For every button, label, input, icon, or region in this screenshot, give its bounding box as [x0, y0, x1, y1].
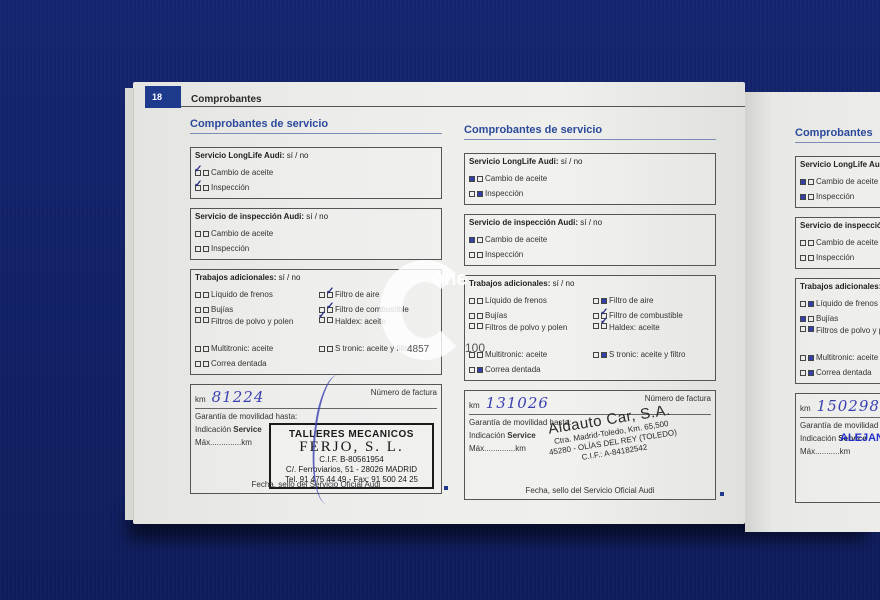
checkbox-yes[interactable] — [800, 255, 806, 261]
checkbox-no[interactable] — [477, 191, 483, 197]
check-item: Filtro de aire — [593, 293, 711, 308]
check-item: Correa dentada — [195, 356, 313, 371]
check-item: Inspección — [800, 250, 880, 265]
checkbox-no[interactable] — [477, 237, 483, 243]
check-item: Cambio de aceite — [800, 235, 880, 250]
end-marker — [444, 486, 448, 490]
checkbox-yes[interactable] — [469, 323, 475, 329]
checkbox-yes[interactable] — [319, 346, 325, 352]
checkbox-yes[interactable] — [800, 370, 806, 376]
check-item: Filtro de combustible — [319, 302, 437, 317]
checkbox-no[interactable] — [477, 176, 483, 182]
checkbox-yes[interactable] — [593, 298, 599, 304]
checkbox-yes[interactable] — [195, 361, 201, 367]
checkbox-no[interactable] — [808, 326, 814, 332]
page-header: Comprobantes — [191, 94, 262, 105]
checkbox-no[interactable] — [808, 370, 814, 376]
dealer-stamp: ALEJANDR N.I — [840, 432, 880, 456]
checkbox-yes[interactable] — [195, 292, 201, 298]
checkbox-yes[interactable] — [319, 317, 325, 323]
check-item: Líquido de frenos — [469, 293, 587, 308]
checkbox-yes[interactable] — [195, 231, 201, 237]
check-item: S tronic: aceite y filtro — [319, 341, 437, 356]
checkbox-no[interactable] — [477, 298, 483, 304]
checkbox-no[interactable] — [477, 323, 483, 329]
checkbox-no[interactable] — [327, 317, 333, 323]
checkbox-yes[interactable] — [195, 307, 201, 313]
checkbox-yes[interactable] — [469, 191, 475, 197]
longlife-box: Servicio LongLife Audi: sí / no Cambio d… — [464, 153, 716, 205]
check-item: Correa dentada — [469, 362, 587, 377]
checkbox-yes[interactable] — [800, 301, 806, 307]
checkbox-yes[interactable] — [195, 346, 201, 352]
check-item: Multitronic: aceite — [800, 350, 880, 365]
checkbox-yes[interactable] — [469, 313, 475, 319]
additional-work-box: Trabajos adicionales: sí / no Líquido de… — [190, 269, 442, 375]
service-booklet: 18 Comprobantes Comprobantes de servicio… — [125, 82, 880, 524]
checkbox-no[interactable] — [203, 231, 209, 237]
check-item: Cambio de aceite — [195, 226, 437, 241]
checkbox-yes[interactable] — [800, 355, 806, 361]
checkbox-yes[interactable] — [800, 194, 806, 200]
mileage-value: 150298 — [817, 397, 880, 415]
additional-work-box: Trabajos adicionales: Líquido de frenos … — [795, 278, 880, 384]
checkbox-no[interactable] — [477, 367, 483, 373]
checkbox-no[interactable] — [601, 323, 607, 329]
right-page-partial: Comprobantes Servicio LongLife Aud Cambi… — [745, 92, 880, 532]
check-item: Haldex: aceite — [593, 323, 711, 347]
check-item: Filtros de polvo y polen — [800, 326, 880, 350]
check-item: Multitronic: aceite — [195, 341, 313, 356]
checkbox-yes[interactable] — [469, 176, 475, 182]
header-divider — [181, 106, 745, 107]
check-item: S tronic: aceite y filtro — [593, 347, 711, 362]
check-item: Filtro de combustible — [593, 308, 711, 323]
mileage-value: 131026 — [486, 394, 549, 412]
checkbox-no[interactable] — [203, 317, 209, 323]
checkbox-no[interactable] — [203, 170, 209, 176]
checkbox-yes[interactable] — [469, 298, 475, 304]
inspection-box: Servicio de inspección Cambio de aceite … — [795, 217, 880, 269]
checkbox-yes[interactable] — [195, 170, 201, 176]
longlife-box: Servicio LongLife Aud Cambio de aceite I… — [795, 156, 880, 208]
checkbox-no[interactable] — [601, 298, 607, 304]
section-title: Comprobantes de servicio — [464, 124, 716, 140]
checkbox-no[interactable] — [203, 307, 209, 313]
check-item: Inspección — [195, 241, 437, 256]
check-item: Cambio de aceite — [469, 171, 711, 186]
checkbox-yes[interactable] — [800, 179, 806, 185]
mileage-stamp-box: km81224Número de factura Garantía de mov… — [190, 384, 442, 494]
checkbox-no[interactable] — [808, 255, 814, 261]
checkbox-no[interactable] — [808, 301, 814, 307]
check-item: Correa dentada — [800, 365, 880, 380]
check-item: Haldex: aceite — [319, 317, 437, 341]
check-item: Bujías — [469, 308, 587, 323]
checkbox-yes[interactable] — [800, 326, 806, 332]
checkbox-no[interactable] — [203, 292, 209, 298]
check-item: Líquido de frenos — [800, 296, 880, 311]
checkbox-no[interactable] — [203, 346, 209, 352]
check-item: Cambio de aceite — [800, 174, 880, 189]
checkbox-no[interactable] — [808, 316, 814, 322]
checkbox-yes[interactable] — [593, 323, 599, 329]
checkbox-no[interactable] — [203, 185, 209, 191]
checkbox-no[interactable] — [203, 246, 209, 252]
checkbox-no[interactable] — [203, 361, 209, 367]
service-record-2: Comprobantes de servicio Servicio LongLi… — [464, 124, 716, 509]
watermark-number: 100 — [465, 341, 485, 355]
check-item: Bujías — [800, 311, 880, 326]
check-item: Bujías — [195, 302, 313, 317]
check-item: Líquido de frenos — [195, 287, 313, 302]
page-number-tab: 18 — [145, 86, 181, 108]
section-title: Comprobantes — [795, 127, 880, 143]
check-item: Inspección — [469, 186, 711, 201]
inspection-box: Servicio de inspección Audi: sí / no Cam… — [190, 208, 442, 260]
check-item: Multitronic: aceite — [469, 347, 587, 362]
service-record-1: Comprobantes de servicio Servicio LongLi… — [190, 118, 442, 503]
check-item: Cambio de aceite — [195, 165, 437, 180]
checkbox-yes[interactable] — [195, 246, 201, 252]
mileage-stamp-box: km131026Número de factura Garantía de mo… — [464, 390, 716, 500]
checkbox-no[interactable] — [808, 194, 814, 200]
checkbox-no[interactable] — [601, 352, 607, 358]
checkbox-yes[interactable] — [195, 185, 201, 191]
invoice-label: Número de factura — [371, 388, 437, 406]
checkbox-yes[interactable] — [800, 316, 806, 322]
additional-work-box: Trabajos adicionales: sí / no Líquido de… — [464, 275, 716, 381]
checkbox-no[interactable] — [808, 179, 814, 185]
check-item: Inspección — [195, 180, 437, 195]
section-title: Comprobantes de servicio — [190, 118, 442, 134]
checkbox-yes[interactable] — [593, 352, 599, 358]
checkbox-no[interactable] — [327, 292, 333, 298]
mileage-stamp-box: km150298 Garantía de movilidad Indicació… — [795, 393, 880, 503]
checkbox-yes[interactable] — [800, 240, 806, 246]
checkbox-no[interactable] — [808, 355, 814, 361]
check-item: Filtros de polvo y polen — [469, 323, 587, 347]
checkbox-no[interactable] — [327, 346, 333, 352]
inspection-box: Servicio de inspección Audi: sí / no Cam… — [464, 214, 716, 266]
checkbox-yes[interactable] — [469, 252, 475, 258]
check-item: Cambio de aceite — [469, 232, 711, 247]
check-item: Inspección — [469, 247, 711, 262]
end-marker — [720, 492, 724, 496]
checkbox-yes[interactable] — [593, 313, 599, 319]
service-record-3: Comprobantes Servicio LongLife Aud Cambi… — [795, 127, 880, 512]
checkbox-yes[interactable] — [469, 367, 475, 373]
check-item: Filtro de aire — [319, 287, 437, 302]
checkbox-no[interactable] — [327, 307, 333, 313]
checkbox-no[interactable] — [477, 313, 483, 319]
checkbox-yes[interactable] — [469, 237, 475, 243]
check-item: Inspección — [800, 189, 880, 204]
checkbox-yes[interactable] — [195, 317, 201, 323]
left-page-spread: 18 Comprobantes Comprobantes de servicio… — [133, 82, 745, 524]
longlife-box: Servicio LongLife Audi: sí / no Cambio d… — [190, 147, 442, 199]
mileage-value: 81224 — [212, 388, 265, 406]
checkbox-yes[interactable] — [319, 292, 325, 298]
check-item: Filtros de polvo y polen — [195, 317, 313, 341]
checkbox-no[interactable] — [808, 240, 814, 246]
checkbox-no[interactable] — [477, 252, 483, 258]
